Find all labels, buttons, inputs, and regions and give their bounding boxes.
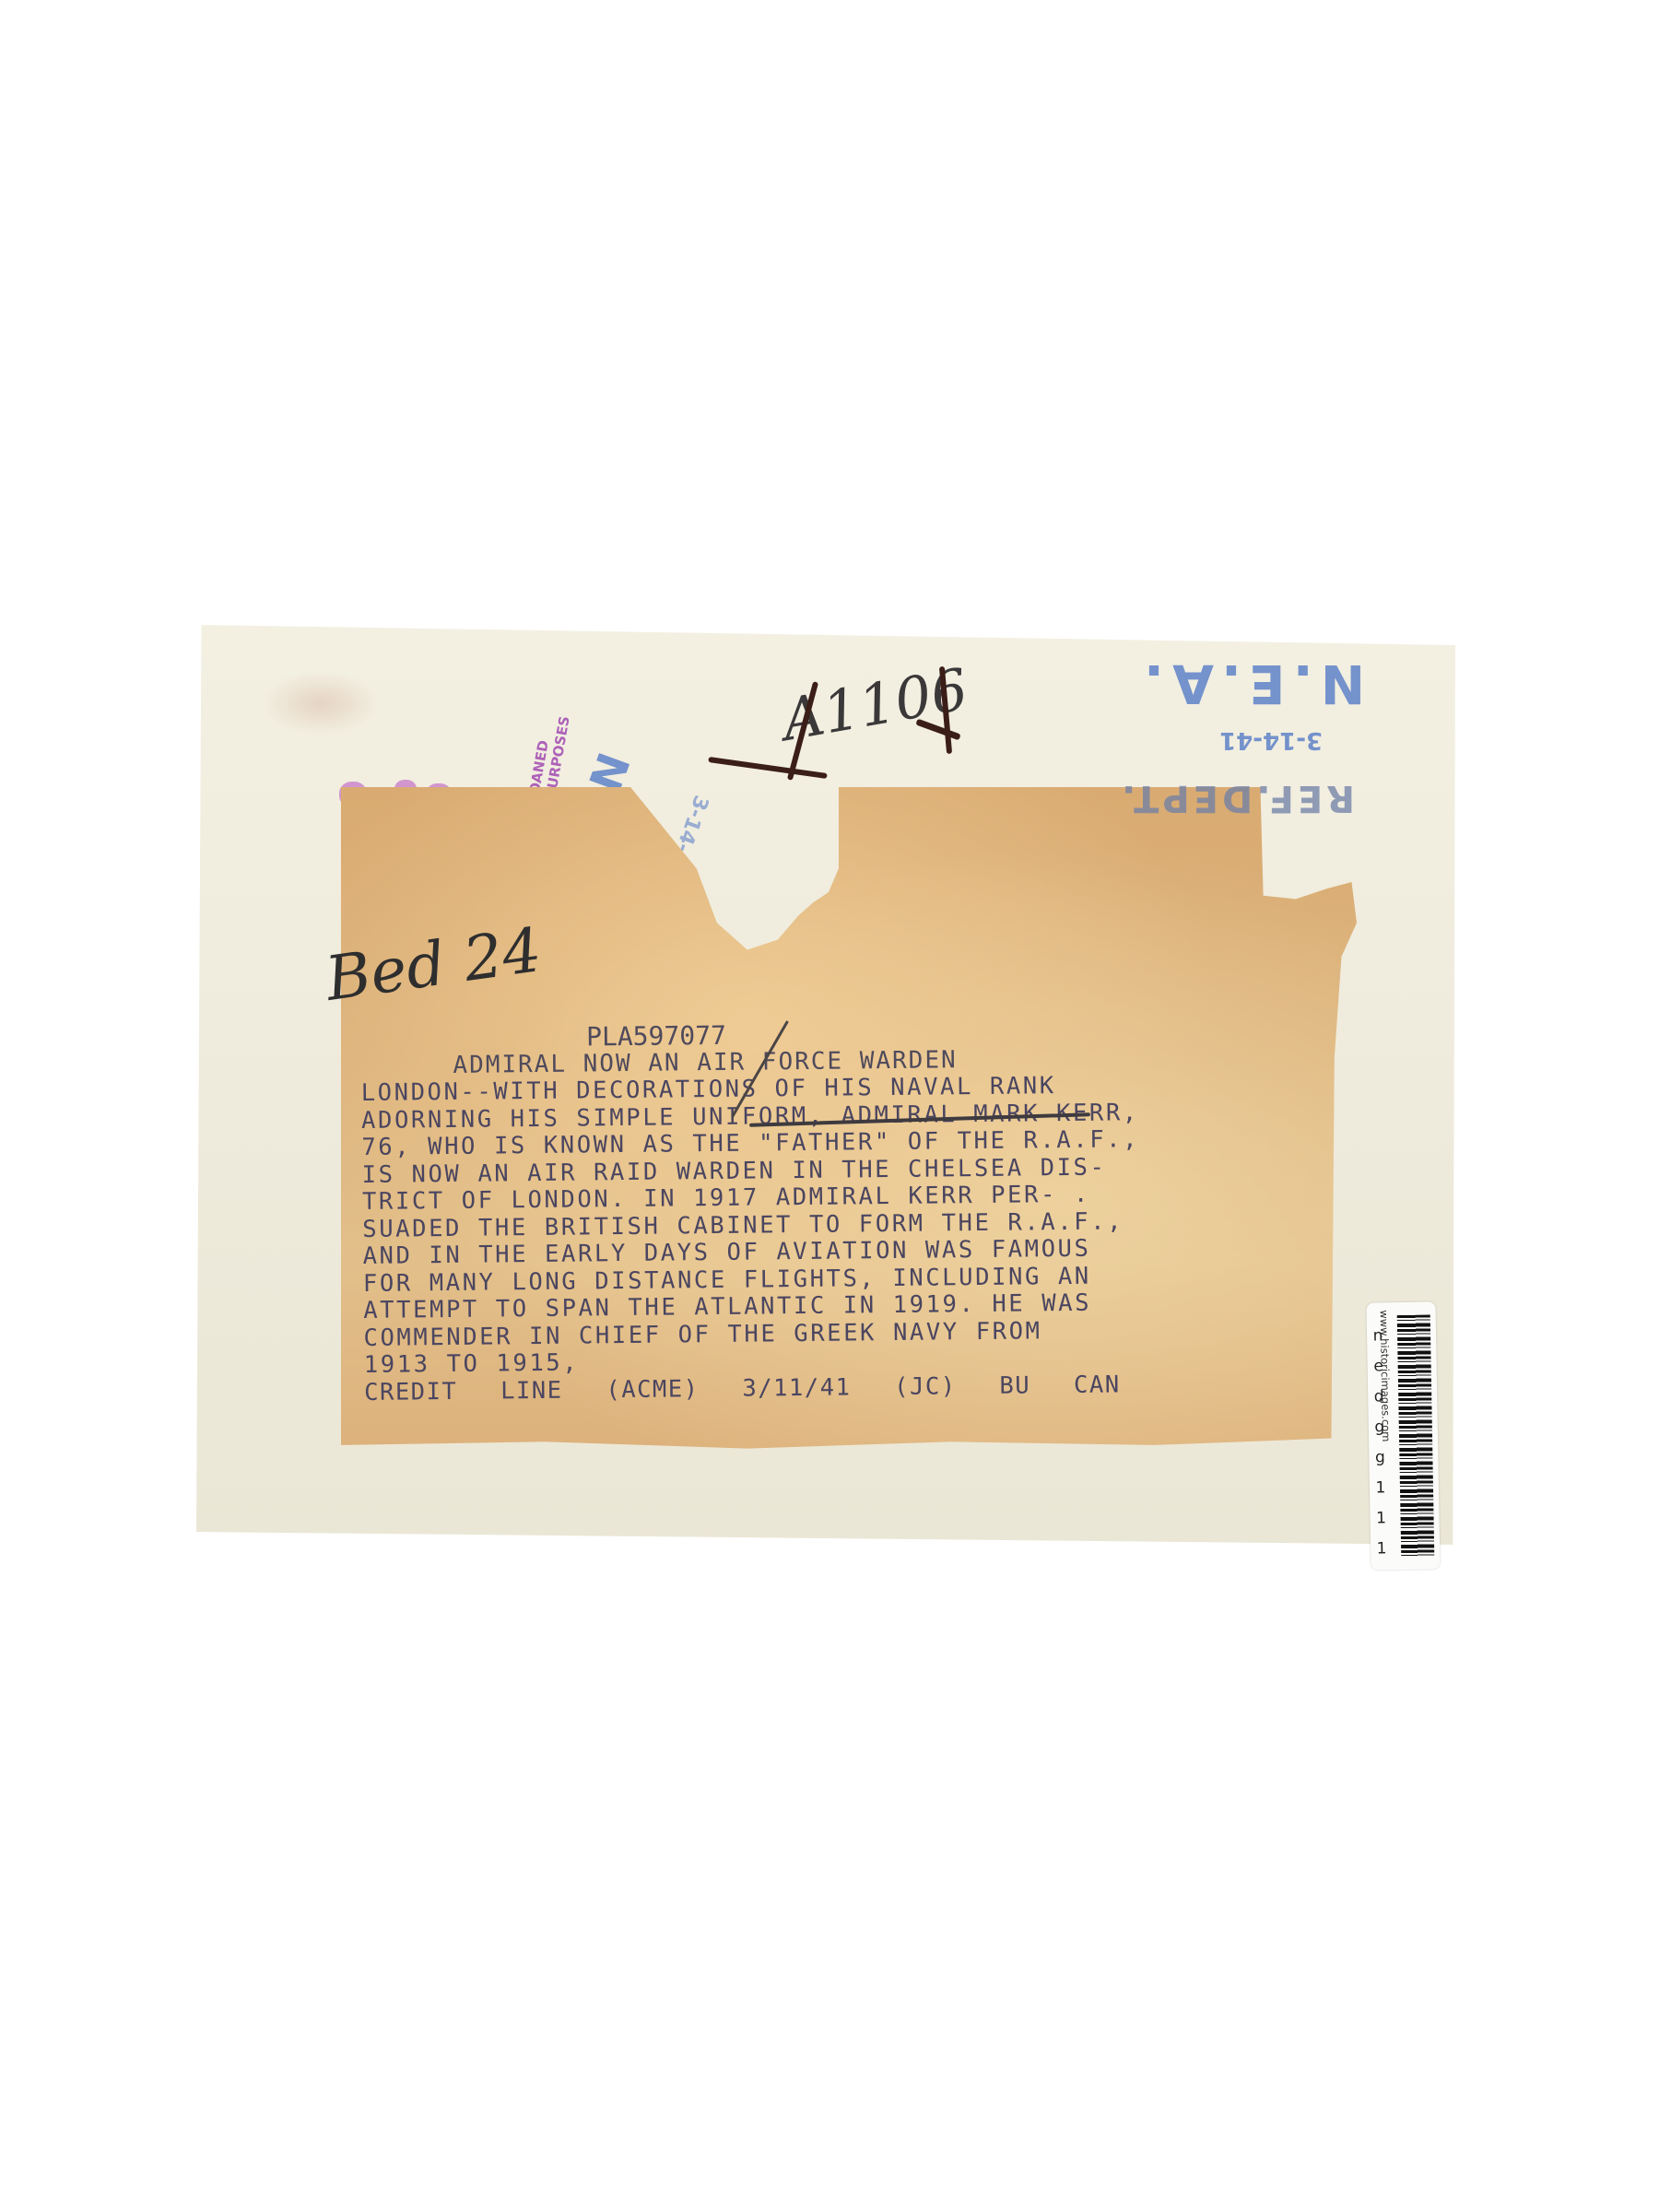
credit-label: CREDIT LINE	[364, 1376, 563, 1406]
credit-agency: (ACME)	[606, 1375, 699, 1404]
barcode-sticker: nedgg111 www.historicimages.com	[1366, 1301, 1440, 1570]
ref-dept-stamp: REF.DEPT.	[1118, 777, 1355, 819]
photo-back-card: N.E.A. 3-14-41 N.E.A. 3-14-41 DEPT. ND M…	[196, 625, 1455, 1545]
credit-date: 3/11/41	[742, 1373, 851, 1402]
credit-initials: (JC)	[894, 1372, 957, 1401]
typewritten-caption: PLA597077 ADMIRAL NOW AN AIR FORCE WARDE…	[360, 1016, 1359, 1406]
nea-stamp-top: N.E.A.	[1136, 653, 1365, 715]
pen-mark	[708, 757, 828, 779]
barcode-url: www.historicimages.com	[1378, 1310, 1393, 1441]
barcode-icon	[1397, 1314, 1435, 1557]
smudge-mark	[261, 671, 381, 735]
date-stamp-top: 3-14-41	[1219, 726, 1323, 754]
credit-code: BU CAN	[999, 1371, 1120, 1399]
